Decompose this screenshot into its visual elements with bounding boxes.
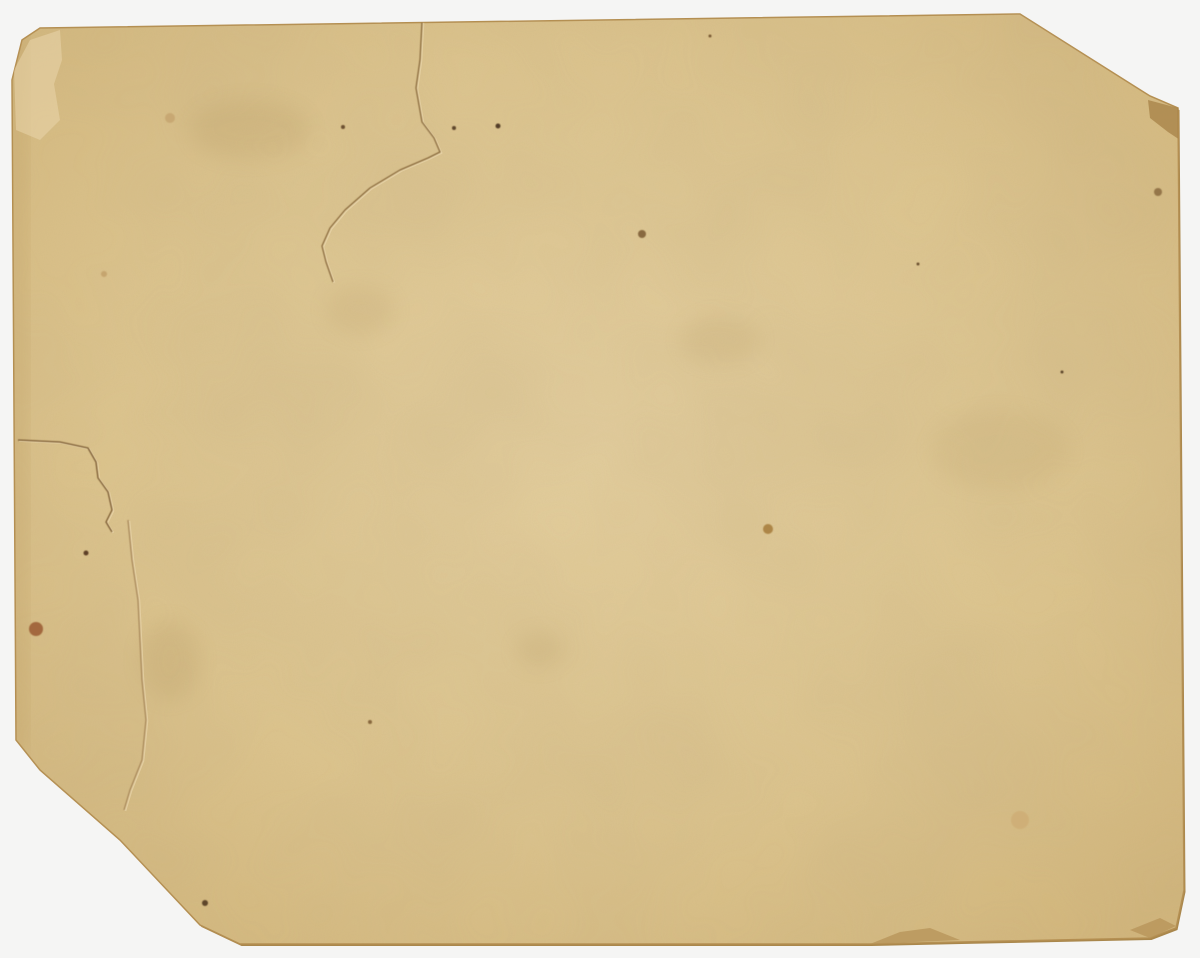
paper-texture (0, 0, 1200, 958)
foxing-spot (84, 551, 89, 556)
foxing-spot (709, 35, 712, 38)
stain (680, 315, 760, 365)
foxing-spot (341, 125, 345, 129)
stain (515, 632, 565, 668)
foxing-spot (917, 263, 920, 266)
foxing-spot (165, 113, 175, 123)
foxing-spot (1061, 371, 1064, 374)
foxing-spot (101, 271, 107, 277)
stain (190, 100, 310, 160)
foxing-spot (1011, 811, 1029, 829)
foxing-spot (202, 900, 208, 906)
aged-paper-card (0, 0, 1200, 958)
foxing-spot (763, 524, 773, 534)
foxing-spot (496, 124, 501, 129)
foxing-spot (638, 230, 646, 238)
foxing-spot (452, 126, 456, 130)
scanned-paper-scene (0, 0, 1200, 958)
foxing-spot (1154, 188, 1162, 196)
stain (930, 410, 1070, 490)
stain (325, 285, 395, 335)
foxing-spot (29, 622, 43, 636)
foxing-spot (368, 720, 372, 724)
stain (140, 620, 200, 700)
